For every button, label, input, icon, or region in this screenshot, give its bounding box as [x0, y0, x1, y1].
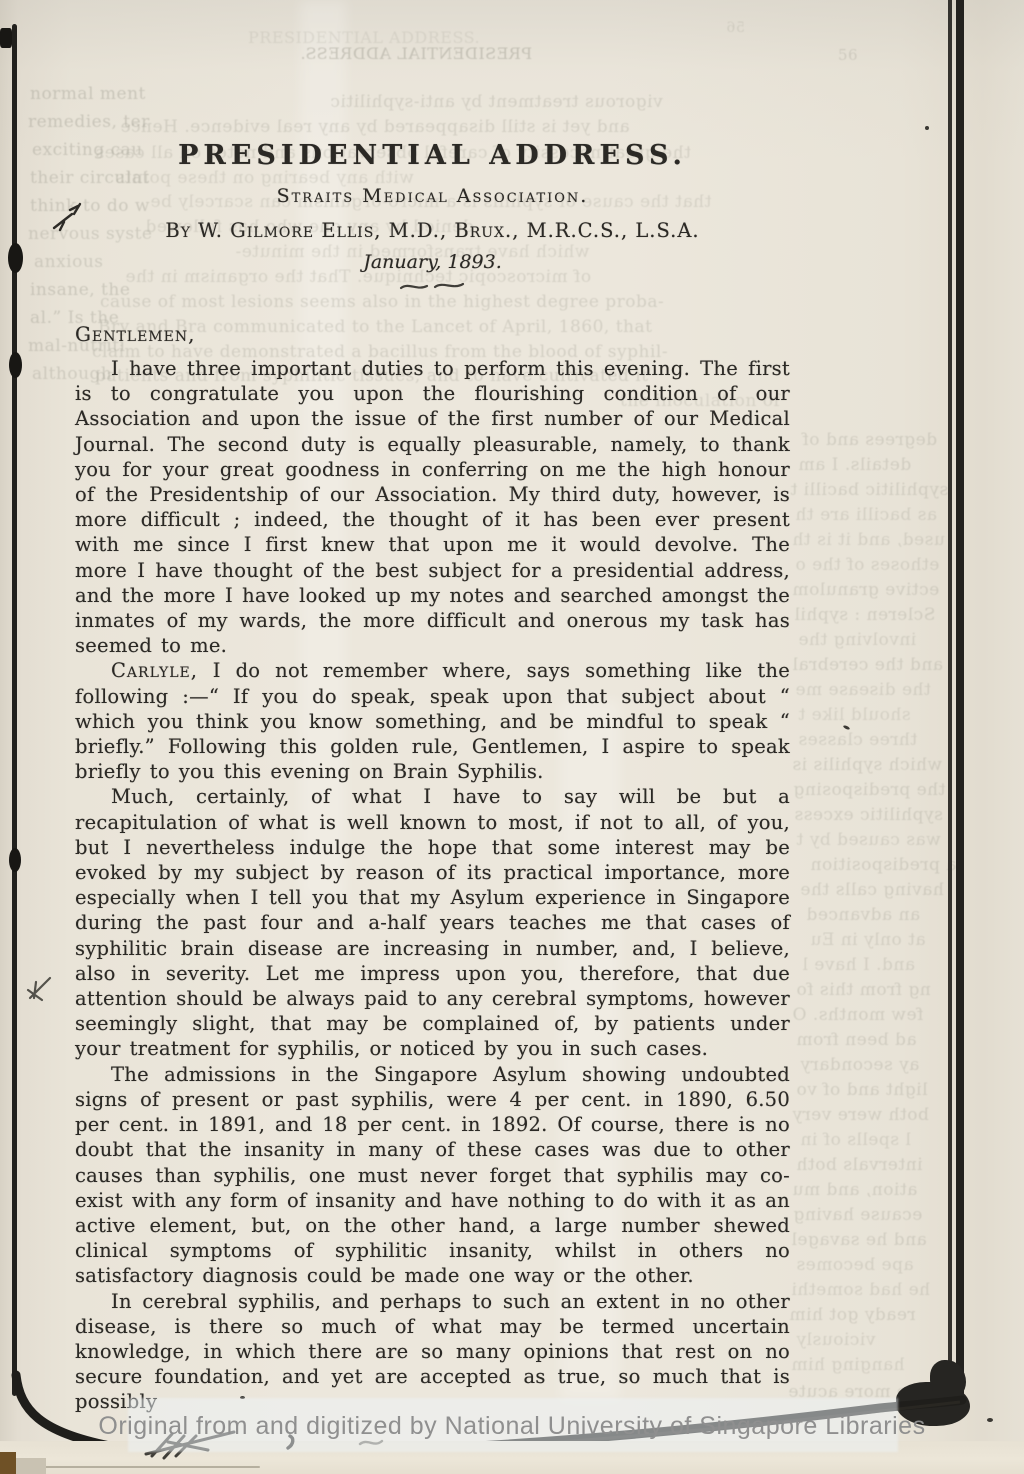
page-stack-shadow	[16, 1458, 46, 1474]
binding-ink-blob	[9, 352, 22, 378]
ghost-text: degrees and of	[802, 430, 937, 450]
ghost-text: should like t	[798, 705, 911, 725]
ghost-text: he had somethi	[791, 1280, 930, 1300]
ghost-text: and. I have l	[802, 955, 915, 975]
page-content: PRESIDENTIAL ADDRESS. Straits Medical As…	[75, 140, 790, 1415]
ghost-text: few months. O	[792, 1005, 923, 1025]
ghost-text: having calls the	[800, 880, 944, 900]
page-title: PRESIDENTIAL ADDRESS.	[75, 140, 790, 171]
ghost-text: the predisposing	[793, 780, 945, 800]
ghost-text: Scleren : syphil	[794, 605, 935, 625]
ink-check-mark	[50, 202, 90, 238]
ghost-text: ng from this fo	[796, 980, 931, 1000]
ghost-text: remedies, ter	[28, 112, 150, 132]
right-page-edge-inner	[956, 0, 964, 1412]
wood-table-corner	[0, 1452, 16, 1474]
salutation: Gentlemen,	[75, 322, 790, 346]
ghost-text: ective granulom	[792, 580, 939, 600]
ghost-text: light and of vo	[796, 1080, 928, 1100]
paragraph-lead-smallcaps: Carlyle,	[111, 659, 198, 682]
ghost-text: details. I am	[798, 455, 911, 475]
ghost-text: ethoses of the o	[795, 555, 939, 575]
paragraph: Carlyle, I do not remember where, says s…	[75, 658, 790, 784]
date-line: January, 1893.	[75, 251, 790, 273]
ink-speck	[925, 126, 929, 130]
ghost-text: as bacilli are th	[795, 505, 937, 525]
paragraph: The admissions in the Singapore Asylum s…	[75, 1062, 790, 1289]
ghost-text: and he savagel	[791, 1230, 927, 1250]
ghost-text: and yet is still disappeared by any real…	[120, 117, 630, 137]
binding-ink-blob	[0, 28, 12, 48]
ghost-text: 56	[838, 46, 858, 64]
ghost-text: ape becomes	[796, 1255, 914, 1275]
ghost-text: PRESIDENTIAL ADDRESS.	[300, 44, 532, 63]
library-watermark: Original from and digitized by National …	[0, 1412, 1024, 1441]
ghost-text: at only in Eu	[810, 930, 926, 950]
paragraph: I have three important duties to perform…	[75, 356, 790, 658]
ghost-text: used, and it is th	[792, 530, 945, 550]
ghost-text: both were very	[792, 1105, 929, 1125]
ghost-text: was caused by t	[796, 830, 941, 850]
paragraph: Much, certainly, of what I have to say w…	[75, 784, 790, 1061]
ghost-text: three classes	[798, 730, 917, 750]
association-subtitle: Straits Medical Association.	[75, 185, 790, 207]
ghost-text: normal ment	[30, 84, 146, 104]
decorative-rule	[75, 279, 790, 298]
ghost-text: ation, and mu	[792, 1180, 917, 1200]
ghost-text: intervals both	[796, 1155, 923, 1175]
right-page-edge-outer	[948, 0, 952, 1404]
ghost-text: and the cerebral	[792, 655, 943, 675]
author-byline: By W. Gilmore Ellis, M.D., Brux., M.R.C.…	[75, 219, 790, 242]
ghost-text: syphilitic bacilli t	[790, 480, 948, 500]
scanned-book-page: PRESIDENTIAL ADDRESS.56PRESIDENTIAL ADDR…	[0, 0, 1024, 1474]
ghost-text: a predisposition	[810, 855, 956, 875]
binding-ink-blob	[9, 848, 21, 872]
ghost-text: vigorous treatment by anti-syphilitic	[330, 92, 663, 112]
ghost-text: involving the	[798, 630, 916, 650]
ghost-text: ecause having	[793, 1205, 922, 1225]
ghost-text: ad been from	[796, 1030, 917, 1050]
ghost-text: ay secondary	[800, 1055, 919, 1075]
left-binding-edge	[12, 24, 17, 1396]
ghost-text: 56	[726, 20, 745, 36]
paragraphs: I have three important duties to perform…	[75, 356, 790, 1415]
ghost-text: the disease me	[795, 680, 931, 700]
ghost-text: l spells of in	[800, 1130, 911, 1150]
ghost-text: which syphilis is	[792, 755, 942, 775]
ghost-text: an advanced	[806, 905, 920, 925]
ghost-text: syphilitic excess	[794, 805, 943, 825]
squiggle-flourish-icon	[397, 280, 469, 294]
binding-ink-blob	[8, 243, 23, 273]
pencil-scribble-mark	[24, 968, 60, 1010]
